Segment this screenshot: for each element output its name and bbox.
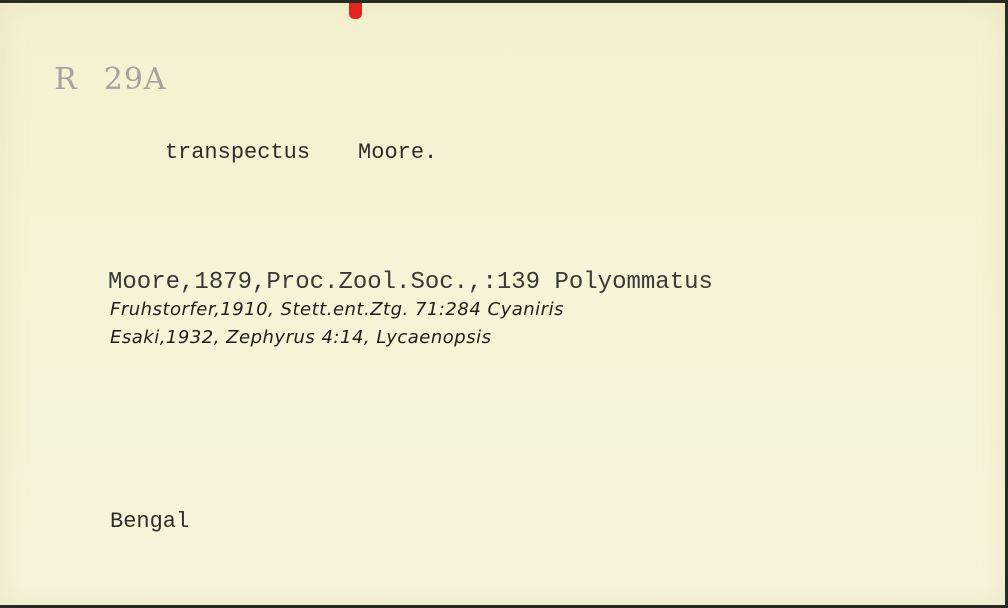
species-author: Moore. <box>358 140 437 165</box>
species-line: transpectusMoore. <box>112 115 437 190</box>
locality: Bengal <box>110 509 189 534</box>
typed-citation: Moore,1879,Proc.Zool.Soc.,:139 Polyommat… <box>108 269 713 296</box>
call-number-value: 29A <box>104 62 167 97</box>
call-number-prefix: R <box>54 62 78 97</box>
species-name: transpectus <box>165 140 310 165</box>
index-card: R29A transpectusMoore. Moore,1879,Proc.Z… <box>0 3 1005 605</box>
red-tab-marker <box>349 3 362 19</box>
handwritten-citation-1: Fruhstorfer,1910, Stett.ent.Ztg. 71:284 … <box>110 299 564 320</box>
handwritten-citation-2: Esaki,1932, Zephyrus 4:14, Lycaenopsis <box>110 327 492 348</box>
